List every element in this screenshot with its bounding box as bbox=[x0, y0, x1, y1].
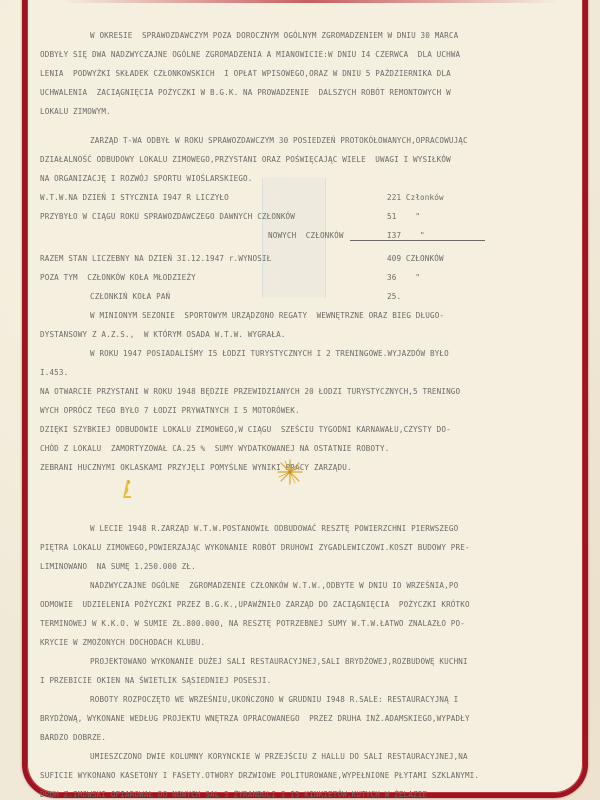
paragraph-extraordinary-meeting: NADZWYCZAJNE OGÓLNE ZGROMADZENIE CZŁONKÓ… bbox=[90, 576, 458, 595]
paragraph-boats-1947: W ROKU 1947 POSIADALIŚMY I5 ŁODZI TURYST… bbox=[90, 344, 449, 363]
paragraph-general-meetings: ODBYŁY SIĘ DWA NADZWYCZAJNE OGÓLNE ZGROM… bbox=[40, 45, 460, 64]
paragraph-board-meetings: DZIAŁALNOŚĆ ODBUDOWY LOKALU ZIMOWEGO,PRZ… bbox=[40, 150, 451, 169]
membership-value: 409 CZŁONKÓW bbox=[387, 249, 444, 268]
paragraph-extraordinary-meeting: ODMOWIE UDZIELENIA POŻYCZKI PRZEZ B.G.K.… bbox=[40, 595, 470, 614]
membership-value: I37 " bbox=[387, 226, 425, 245]
paragraph-extraordinary-meeting: KRYCIE W ZMOŻONYCH DOCHODACH KLUBU. bbox=[40, 633, 205, 652]
membership-label: POZA TYM CZŁONKÓW KOŁA MŁODZIEŻY bbox=[40, 268, 196, 287]
membership-value: 51 " bbox=[387, 207, 420, 226]
paragraph-boats-1948: DZIĘKI SZYBKIEJ ODBUDOWIE LOKALU ZIMOWEG… bbox=[40, 420, 451, 439]
membership-value: 36 " bbox=[387, 268, 420, 287]
paragraph-boats-1948: WYCH OPRÓCZ TEGO BYŁO 7 ŁODZI PRYWATNYCH… bbox=[40, 401, 300, 420]
paragraph-summer-1948: W LECIE 1948 R.ZARZĄD W.T.W.POSTANOWIŁ O… bbox=[90, 519, 458, 538]
paragraph-general-meetings: W OKRESIE SPRAWOZDAWCZYM POZA DOROCZNYM … bbox=[90, 26, 458, 45]
paragraph-board-meetings: ZARZĄD T-WA ODBYŁ W ROKU SPRAWOZDAWCZYM … bbox=[90, 131, 468, 150]
membership-value: 221 Członków bbox=[387, 188, 444, 207]
sum-underline bbox=[350, 240, 485, 241]
paragraph-board-meetings: NA ORGANIZACJĘ I ROZWÓJ SPORTU WIOŚLARSK… bbox=[40, 169, 252, 188]
paragraph-boats-1948: ZEBRANI HUCZNYMI OKLASKAMI PRZYJĘLI POMY… bbox=[40, 458, 352, 477]
membership-label: PRZYBYŁO W CIĄGU ROKU SPRAWOZDAWCZEGO DA… bbox=[40, 207, 295, 226]
paragraph-decor: DRUH Z.IMOWSKI OFIAROWAŁ DO NOWYCH SAL 5… bbox=[40, 785, 427, 800]
paragraph-summer-1948: PIĘTRA LOKALU ZIMOWEGO,POWIERZAJĄC WYKON… bbox=[40, 538, 470, 557]
membership-label: RAZEM STAN LICZEBNY NA DZIEŃ 3I.12.1947 … bbox=[40, 249, 271, 268]
membership-label: CZŁONKIŃ KOŁA PAŃ bbox=[90, 287, 170, 306]
paragraph-boats-1948: CHÓD Z LOKALU ZAMORTYZOWAŁ CA.25 % SUMY … bbox=[40, 439, 389, 458]
paragraph-decor: UMIESZCZONO DWIE KOLUMNY KORYNCKIE W PRZ… bbox=[90, 747, 468, 766]
membership-label: NOWYCH CZŁONKÓW bbox=[268, 226, 344, 245]
paragraph-extraordinary-meeting: TERMINOWEJ W K.K.O. W SUMIE ZŁ.800.000, … bbox=[40, 614, 465, 633]
paragraph-summer-1948: LIMINOWANO NA SUMĘ 1.250.000 ZŁ. bbox=[40, 557, 196, 576]
paragraph-works: BARDZO DOBRZE. bbox=[40, 728, 106, 747]
paragraph-project: I PRZEBICIE OKIEN NA ŚWIETLIK SĄSIEDNIEJ… bbox=[40, 671, 271, 690]
paragraph-regatta: DYSTANSOWY Z A.Z.S., W KTÓRYM OSADA W.T.… bbox=[40, 325, 286, 344]
gold-star-icon bbox=[276, 458, 304, 486]
paragraph-general-meetings: UCHWALENIA ZACIĄGNIĘCIA POŻYCZKI W B.G.K… bbox=[40, 83, 451, 102]
membership-value: 25. bbox=[387, 287, 401, 306]
paragraph-decor: SUFICIE WYKONANO KASETONY I FASETY.OTWOR… bbox=[40, 766, 479, 785]
membership-label: W.T.W.NA DZIEŃ I STYCZNIA I947 R LICZYŁO bbox=[40, 188, 229, 207]
paragraph-project: PROJEKTOWANO WYKONANIE DUŻEJ SALI RESTAU… bbox=[90, 652, 468, 671]
paragraph-boats-1948: NA OTWARCIE PRZYSTANI W ROKU 1948 BĘDZIE… bbox=[40, 382, 460, 401]
typewritten-page: W OKRESIE SPRAWOZDAWCZYM POZA DOROCZNYM … bbox=[40, 14, 570, 784]
paragraph-works: ROBOTY ROZPOCZĘTO WE WRZEŚNIU,UKOŃCZONO … bbox=[90, 690, 458, 709]
paragraph-general-meetings: LOKALU ZIMOWYM. bbox=[40, 102, 111, 121]
paragraph-boats-1947: I.453. bbox=[40, 363, 68, 382]
paragraph-general-meetings: LENIA PODWYŻKI SKŁADEK CZŁONKOWSKICH I O… bbox=[40, 64, 451, 83]
yellow-figure-icon bbox=[121, 478, 135, 500]
paragraph-regatta: W MINIONYM SEZONIE SPORTOWYM URZĄDZONO R… bbox=[90, 306, 444, 325]
frame-top-edge bbox=[60, 0, 560, 3]
paragraph-works: BRYDŻOWĄ, WYKONANE WEDŁUG PROJEKTU WNĘTR… bbox=[40, 709, 470, 728]
